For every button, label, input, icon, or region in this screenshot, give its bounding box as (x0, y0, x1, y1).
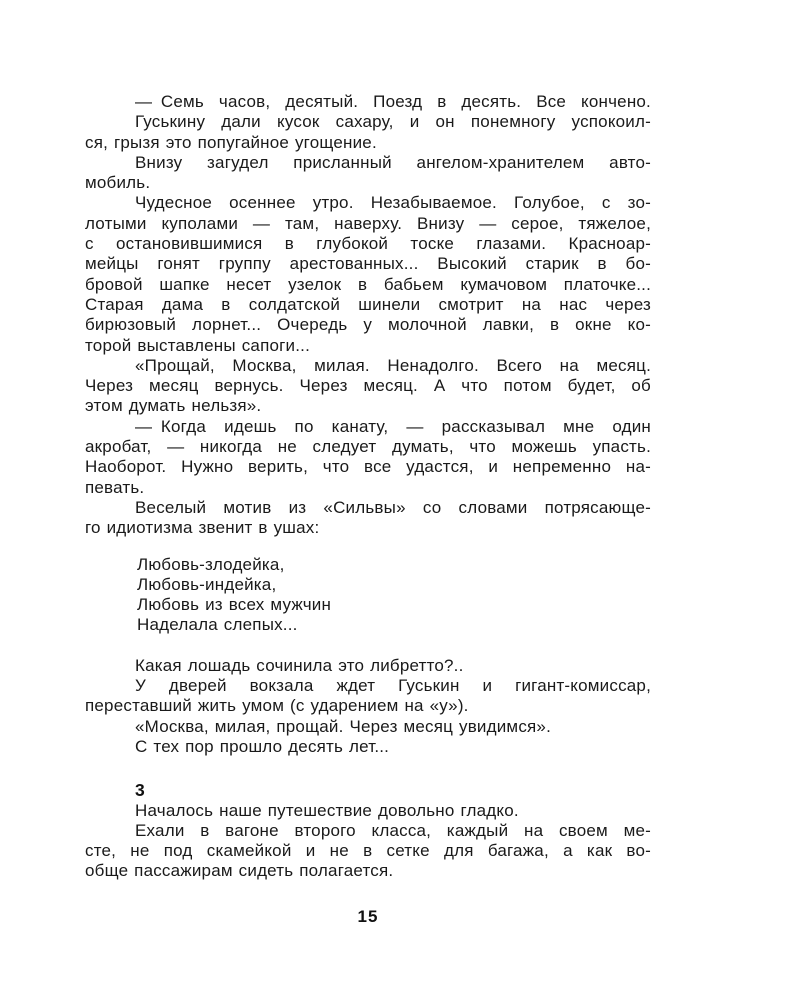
section-number: 3 (135, 780, 651, 800)
page-number: 15 (85, 907, 651, 927)
text-line: У дверей вокзала ждет Гуськин и гигант-к… (85, 676, 651, 696)
paragraph: Чудесное осеннее утро. Незабываемое. Гол… (85, 193, 651, 355)
text-line: Внизу загудел присланный ангелом-храните… (85, 153, 651, 173)
text-line: ся, грызя это попугайное угощение. (85, 133, 651, 153)
paragraph: С тех пор прошло десять лет... (85, 737, 651, 757)
paragraph: Ехали в вагоне второго класса, каждый на… (85, 821, 651, 882)
text-line: Через месяц вернусь. Через месяц. А что … (85, 376, 651, 396)
text-line: Какая лошадь сочинила это либретто?.. (85, 656, 651, 676)
text-line: го идиотизма звенит в ушах: (85, 518, 651, 538)
paragraph: Веселый мотив из «Сильвы» со словами пот… (85, 498, 651, 539)
paragraph: — Когда идешь по канату, — рассказывал м… (85, 417, 651, 498)
paragraph: Какая лошадь сочинила это либретто?.. (85, 656, 651, 676)
text-line: переставший жить умом (с ударением на «у… (85, 696, 651, 716)
verse-line: Любовь-злодейка, (137, 555, 651, 575)
paragraph: Началось наше путешествие довольно гладк… (85, 801, 651, 821)
text-line: Началось наше путешествие довольно гладк… (85, 801, 651, 821)
text-line: певать. (85, 478, 651, 498)
text-line: бирюзовый лорнет... Очередь у молочной л… (85, 315, 651, 335)
text-line: мейцы гонят группу арестованных... Высок… (85, 254, 651, 274)
text-line: лотыми куполами — там, наверху. Внизу — … (85, 214, 651, 234)
paragraph: Внизу загудел присланный ангелом-храните… (85, 153, 651, 194)
text-line: — Когда идешь по канату, — рассказывал м… (85, 417, 651, 437)
text-line: мобиль. (85, 173, 651, 193)
paragraph: У дверей вокзала ждет Гуськин и гигант-к… (85, 676, 651, 717)
book-page: — Семь часов, десятый. Поезд в десять. В… (0, 0, 800, 1000)
text-line: «Москва, милая, прощай. Через месяц увид… (85, 717, 651, 737)
text-line: сте, не под скамейкой и не в сетке для б… (85, 841, 651, 861)
text-line: торой выставлены сапоги... (85, 336, 651, 356)
verse-block: Любовь-злодейка,Любовь-индейка,Любовь из… (137, 555, 651, 636)
verse-line: Любовь из всех мужчин (137, 595, 651, 615)
text-line: акробат, — никогда не следует думать, чт… (85, 437, 651, 457)
text-line: «Прощай, Москва, милая. Ненадолго. Всего… (85, 356, 651, 376)
text-line: с остановившимися в глубокой тоске глаза… (85, 234, 651, 254)
text-line: Старая дама в солдатской шинели смотрит … (85, 295, 651, 315)
text-line: этом думать нельзя». (85, 396, 651, 416)
text-line: Ехали в вагоне второго класса, каждый на… (85, 821, 651, 841)
paragraph: «Прощай, Москва, милая. Ненадолго. Всего… (85, 356, 651, 417)
text-line: — Семь часов, десятый. Поезд в десять. В… (85, 92, 651, 112)
section-number-heading: 3 (85, 780, 651, 800)
text-line: Веселый мотив из «Сильвы» со словами пот… (85, 498, 651, 518)
verse-line: Любовь-индейка, (137, 575, 651, 595)
page-text-column: — Семь часов, десятый. Поезд в десять. В… (85, 92, 651, 882)
text-line: обще пассажирам сидеть полагается. (85, 861, 651, 881)
text-line: Наоборот. Нужно верить, что все удастся,… (85, 457, 651, 477)
text-line: Чудесное осеннее утро. Незабываемое. Гол… (85, 193, 651, 213)
text-line: С тех пор прошло десять лет... (85, 737, 651, 757)
text-line: Гуськину дали кусок сахару, и он понемно… (85, 112, 651, 132)
text-line: бровой шапке несет узелок в бабьем кумач… (85, 275, 651, 295)
paragraph: — Семь часов, десятый. Поезд в десять. В… (85, 92, 651, 112)
verse-line: Наделала слепых... (137, 615, 651, 635)
paragraph: «Москва, милая, прощай. Через месяц увид… (85, 717, 651, 737)
paragraph: Гуськину дали кусок сахару, и он понемно… (85, 112, 651, 153)
